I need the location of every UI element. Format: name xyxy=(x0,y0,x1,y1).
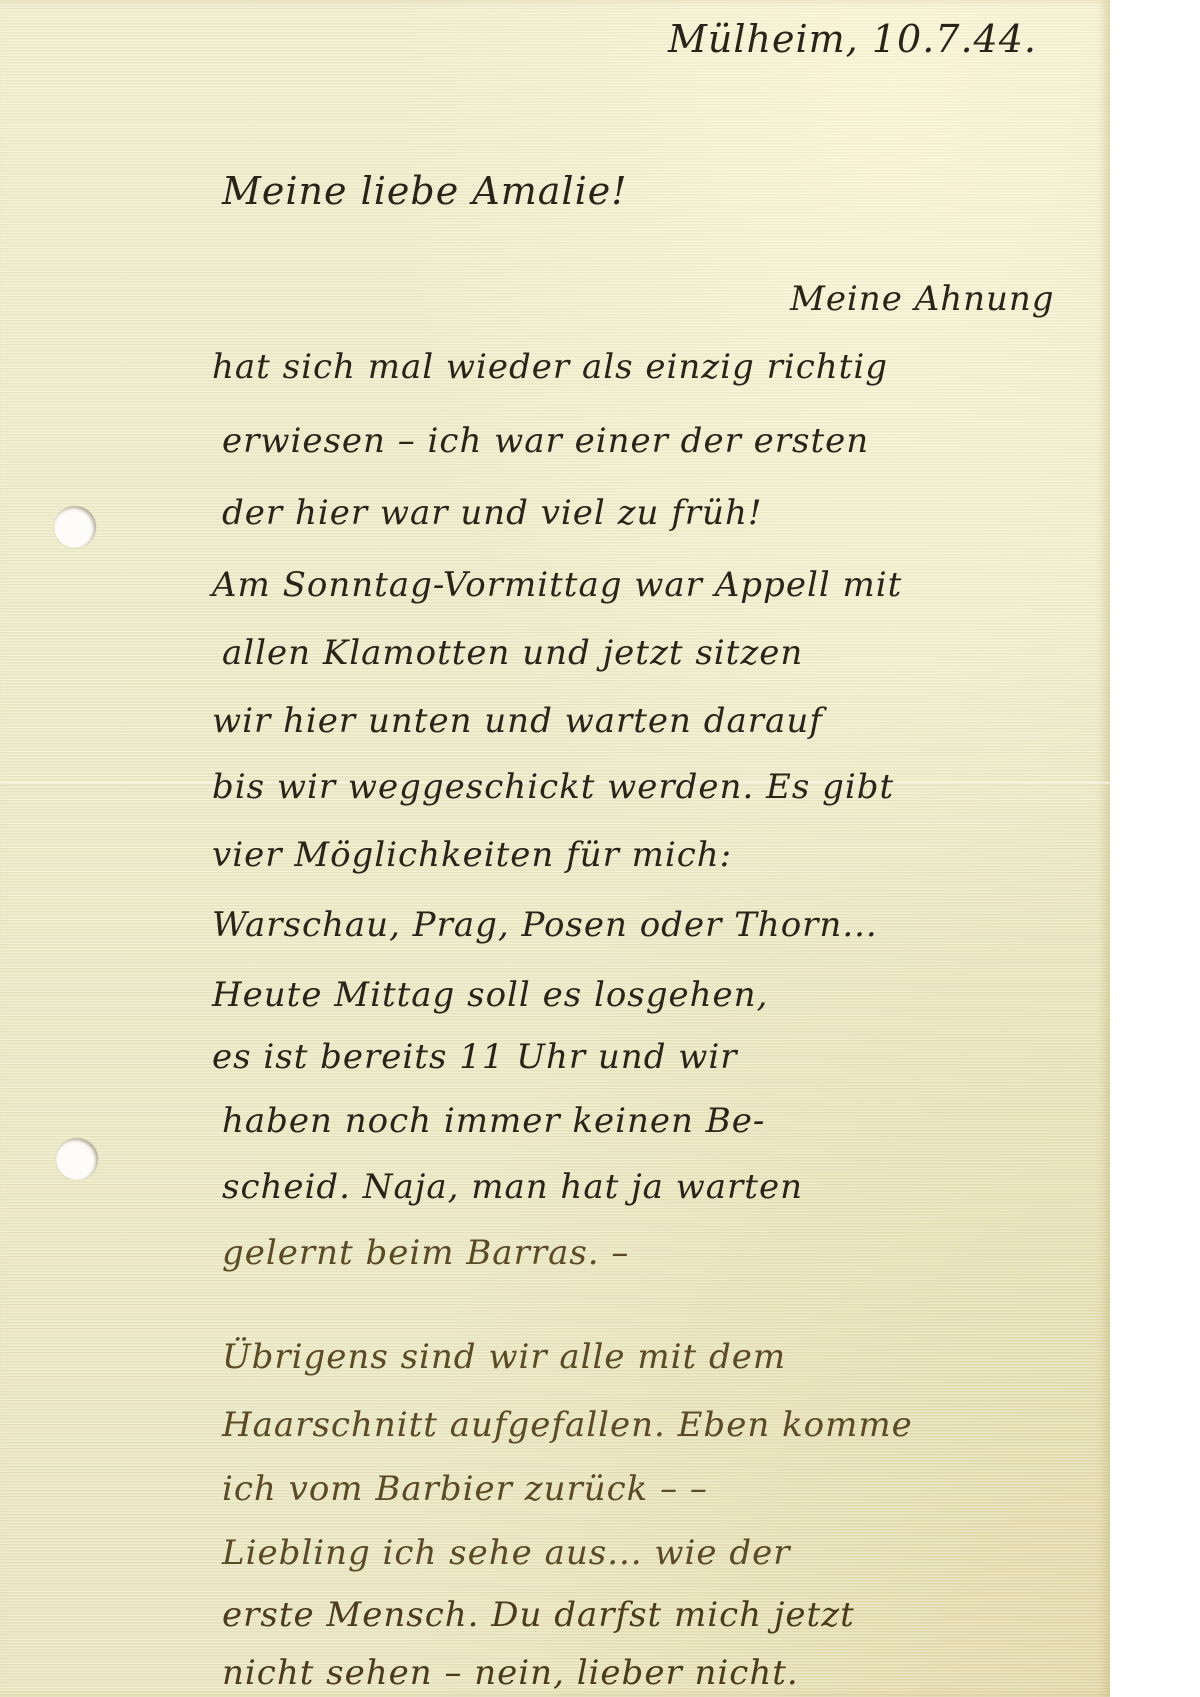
punch-hole-bottom xyxy=(56,1138,98,1180)
letter-line: scheid. Naja, man hat ja warten xyxy=(222,1170,803,1204)
letter-line: erste Mensch. Du darfst mich jetzt xyxy=(222,1598,855,1632)
letter-line: wir hier unten und warten darauf xyxy=(212,704,823,738)
letter-line: vier Möglichkeiten für mich: xyxy=(212,838,732,872)
letter-line: allen Klamotten und jetzt sitzen xyxy=(222,636,803,670)
letter-line: haben noch immer keinen Be- xyxy=(222,1104,765,1138)
letter-line: nicht sehen – nein, lieber nicht. xyxy=(222,1656,799,1690)
punch-hole-top xyxy=(54,506,96,548)
letter-line: Warschau, Prag, Posen oder Thorn... xyxy=(212,908,878,942)
letter-line: erwiesen – ich war einer der ersten xyxy=(222,424,869,458)
letter-line: Meine Ahnung xyxy=(790,282,1055,316)
letter-salutation: Meine liebe Amalie! xyxy=(222,172,627,210)
letter-line: hat sich mal wieder als einzig richtig xyxy=(212,350,888,384)
letter-line: der hier war und viel zu früh! xyxy=(222,496,763,530)
letter-line: Liebling ich sehe aus... wie der xyxy=(222,1536,790,1570)
letter-line: es ist bereits 11 Uhr und wir xyxy=(212,1040,738,1074)
letter-page: Mülheim, 10.7.44. Meine liebe Amalie! Me… xyxy=(0,0,1110,1697)
letter-line: Am Sonntag-Vormittag war Appell mit xyxy=(212,568,902,602)
letter-line: Heute Mittag soll es losgehen, xyxy=(212,978,768,1012)
letter-line: Haarschnitt aufgefallen. Eben komme xyxy=(222,1408,913,1442)
letter-line: gelernt beim Barras. – xyxy=(222,1236,629,1270)
letter-line: bis wir weggeschickt werden. Es gibt xyxy=(212,770,894,804)
letter-line: Übrigens sind wir alle mit dem xyxy=(222,1340,786,1374)
letter-place-date: Mülheim, 10.7.44. xyxy=(668,20,1037,58)
letter-line: ich vom Barbier zurück – – xyxy=(222,1472,708,1506)
